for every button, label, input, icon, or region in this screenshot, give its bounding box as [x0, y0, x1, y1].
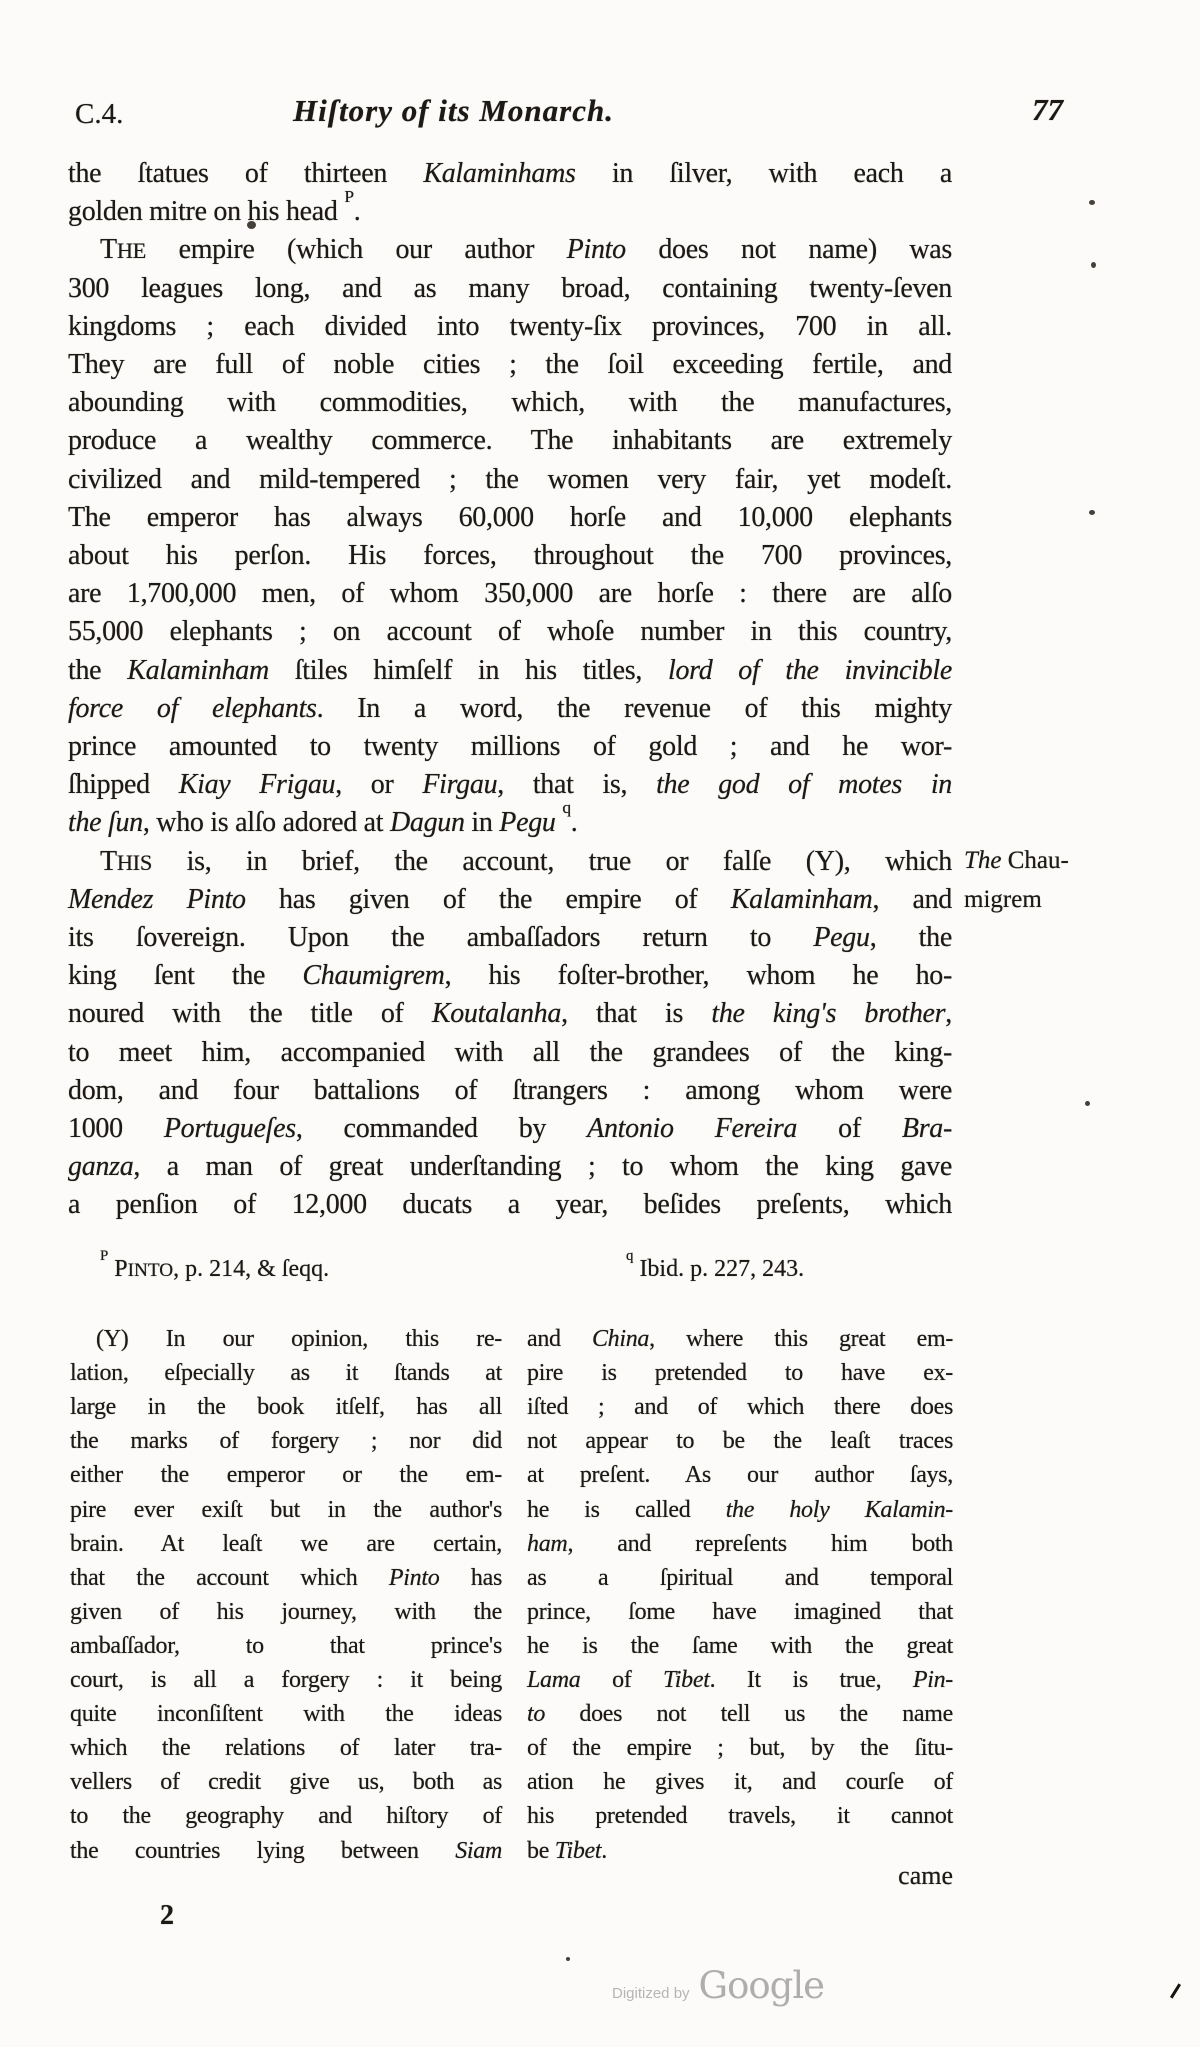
- text-line: about his perſon. His forces, throughout…: [68, 540, 952, 572]
- text-line: large in the book itſelf, has all: [70, 1394, 502, 1421]
- text-line: THIS is, in brief, the account, true or …: [68, 846, 952, 878]
- text-line: They are full of noble cities ; the ſoil…: [68, 349, 952, 381]
- text-line: and China, where this great em-: [527, 1326, 953, 1353]
- text-line: Lama of Tibet. It is true, Pin-: [527, 1667, 953, 1694]
- book-page-scan: C.4. Hiſtory of its Monarch. 77 the ſtat…: [0, 0, 1200, 2047]
- text-line: to does not tell us the name: [527, 1701, 953, 1728]
- text-line: golden mitre on his head P.: [68, 196, 952, 228]
- ink-speck: [247, 221, 256, 229]
- text-line: king ſent the Chaumigrem, his foſter-bro…: [68, 960, 952, 992]
- margin-note-line: migrem: [964, 880, 1174, 919]
- text-line: are 1,700,000 men, of whom 350,000 are h…: [68, 578, 952, 610]
- text-line: at preſent. As our author ſays,: [527, 1462, 953, 1489]
- page-number: 77: [1032, 92, 1063, 128]
- text-line: abounding with commodities, which, with …: [68, 387, 952, 419]
- text-line: kingdoms ; each divided into twenty-ſix …: [68, 311, 952, 343]
- text-line: (Y) In our opinion, this re-: [70, 1326, 502, 1353]
- text-line: the countries lying between Siam: [70, 1838, 502, 1865]
- text-line: as a ſpiritual and temporal: [527, 1565, 953, 1592]
- text-line: quite inconſiſtent with the ideas: [70, 1701, 502, 1728]
- text-line: pire ever exiſt but in the author's: [70, 1497, 502, 1524]
- text-line: The emperor has always 60,000 horſe and …: [68, 502, 952, 534]
- text-line: 300 leagues long, and as many broad, con…: [68, 273, 952, 305]
- text-line: ſhipped Kiay Frigau, or Firgau, that is,…: [68, 769, 952, 801]
- text-line: 1000 Portugueſes, commanded by Antonio F…: [68, 1113, 952, 1145]
- text-line: court, is all a forgery : it being: [70, 1667, 502, 1694]
- footnote-ref-ibid: q Ibid. p. 227, 243.: [626, 1256, 804, 1283]
- text-line: force of elephants. In a word, the reven…: [68, 693, 952, 725]
- text-line: prince, ſome have imagined that: [527, 1599, 953, 1626]
- text-line: ham, and repreſents him both: [527, 1531, 953, 1558]
- text-line: produce a wealthy commerce. The inhabita…: [68, 425, 952, 457]
- text-line: prince amounted to twenty millions of go…: [68, 731, 952, 763]
- text-line: which the relations of later tra-: [70, 1735, 502, 1762]
- digitization-watermark: Digitized by Google: [612, 1964, 824, 2007]
- text-line: dom, and four battalions of ſtrangers : …: [68, 1075, 952, 1107]
- ink-speck: [1085, 1101, 1090, 1106]
- text-line: ation he gives it, and courſe of: [527, 1769, 953, 1796]
- text-line: that the account which Pinto has: [70, 1565, 502, 1592]
- margin-note: The Chau-migrem: [964, 841, 1174, 919]
- ink-speck: [1089, 510, 1095, 515]
- text-line: Mendez Pinto has given of the empire of …: [68, 884, 952, 916]
- running-title: Hiſtory of its Monarch.: [293, 93, 614, 129]
- catchword: came: [527, 1861, 953, 1891]
- watermark-text: Digitized by: [612, 1985, 690, 2002]
- text-line: to meet him, accompanied with all the gr…: [68, 1037, 952, 1069]
- ink-speck: [1089, 200, 1095, 205]
- chapter-signature: C.4.: [75, 98, 123, 131]
- text-line: vellers of credit give us, both as: [70, 1769, 502, 1796]
- text-line: the marks of forgery ; nor did: [70, 1428, 502, 1455]
- text-line: the ſun, who is alſo adored at Dagun in …: [68, 807, 952, 839]
- text-line: of the empire ; but, by the ſitu-: [527, 1735, 953, 1762]
- text-line: the ſtatues of thirteen Kalaminhams in ſ…: [68, 158, 952, 190]
- text-line: to the geography and hiſtory of: [70, 1803, 502, 1830]
- text-line: brain. At leaſt we are certain,: [70, 1531, 502, 1558]
- signature-mark: 2: [160, 1900, 174, 1932]
- text-line: given of his journey, with the: [70, 1599, 502, 1626]
- text-line: 55,000 elephants ; on account of whoſe n…: [68, 616, 952, 648]
- margin-note-line: The Chau-: [964, 841, 1174, 880]
- text-line: ganza, a man of great underſtanding ; to…: [68, 1151, 952, 1183]
- text-line: noured with the title of Koutalanha, tha…: [68, 998, 952, 1030]
- text-line: the Kalaminham ſtiles himſelf in his tit…: [68, 655, 952, 687]
- ink-slash-artifact: [1170, 1983, 1181, 1998]
- text-line: ambaſſador, to that prince's: [70, 1633, 502, 1660]
- text-line: its ſovereign. Upon the ambaſſadors retu…: [68, 922, 952, 954]
- text-line: THE empire (which our author Pinto does …: [68, 234, 952, 266]
- text-line: his pretended travels, it cannot: [527, 1803, 953, 1830]
- text-line: iſted ; and of which there does: [527, 1394, 953, 1421]
- text-line: he is the ſame with the great: [527, 1633, 953, 1660]
- footnote-ref-pinto: P PINTO, p. 214, & ſeqq.: [100, 1256, 329, 1283]
- ink-speck: [566, 1957, 570, 1961]
- text-line: civilized and mild-tempered ; the women …: [68, 464, 952, 496]
- text-line: he is called the holy Kalamin-: [527, 1497, 953, 1524]
- text-line: either the emperor or the em-: [70, 1462, 502, 1489]
- text-line: pire is pretended to have ex-: [527, 1360, 953, 1387]
- text-line: not appear to be the leaſt traces: [527, 1428, 953, 1455]
- ink-speck: [1091, 262, 1096, 268]
- google-logo: Google: [699, 1964, 825, 2007]
- text-line: a penſion of 12,000 ducats a year, beſid…: [68, 1189, 952, 1221]
- text-line: lation, eſpecially as it ſtands at: [70, 1360, 502, 1387]
